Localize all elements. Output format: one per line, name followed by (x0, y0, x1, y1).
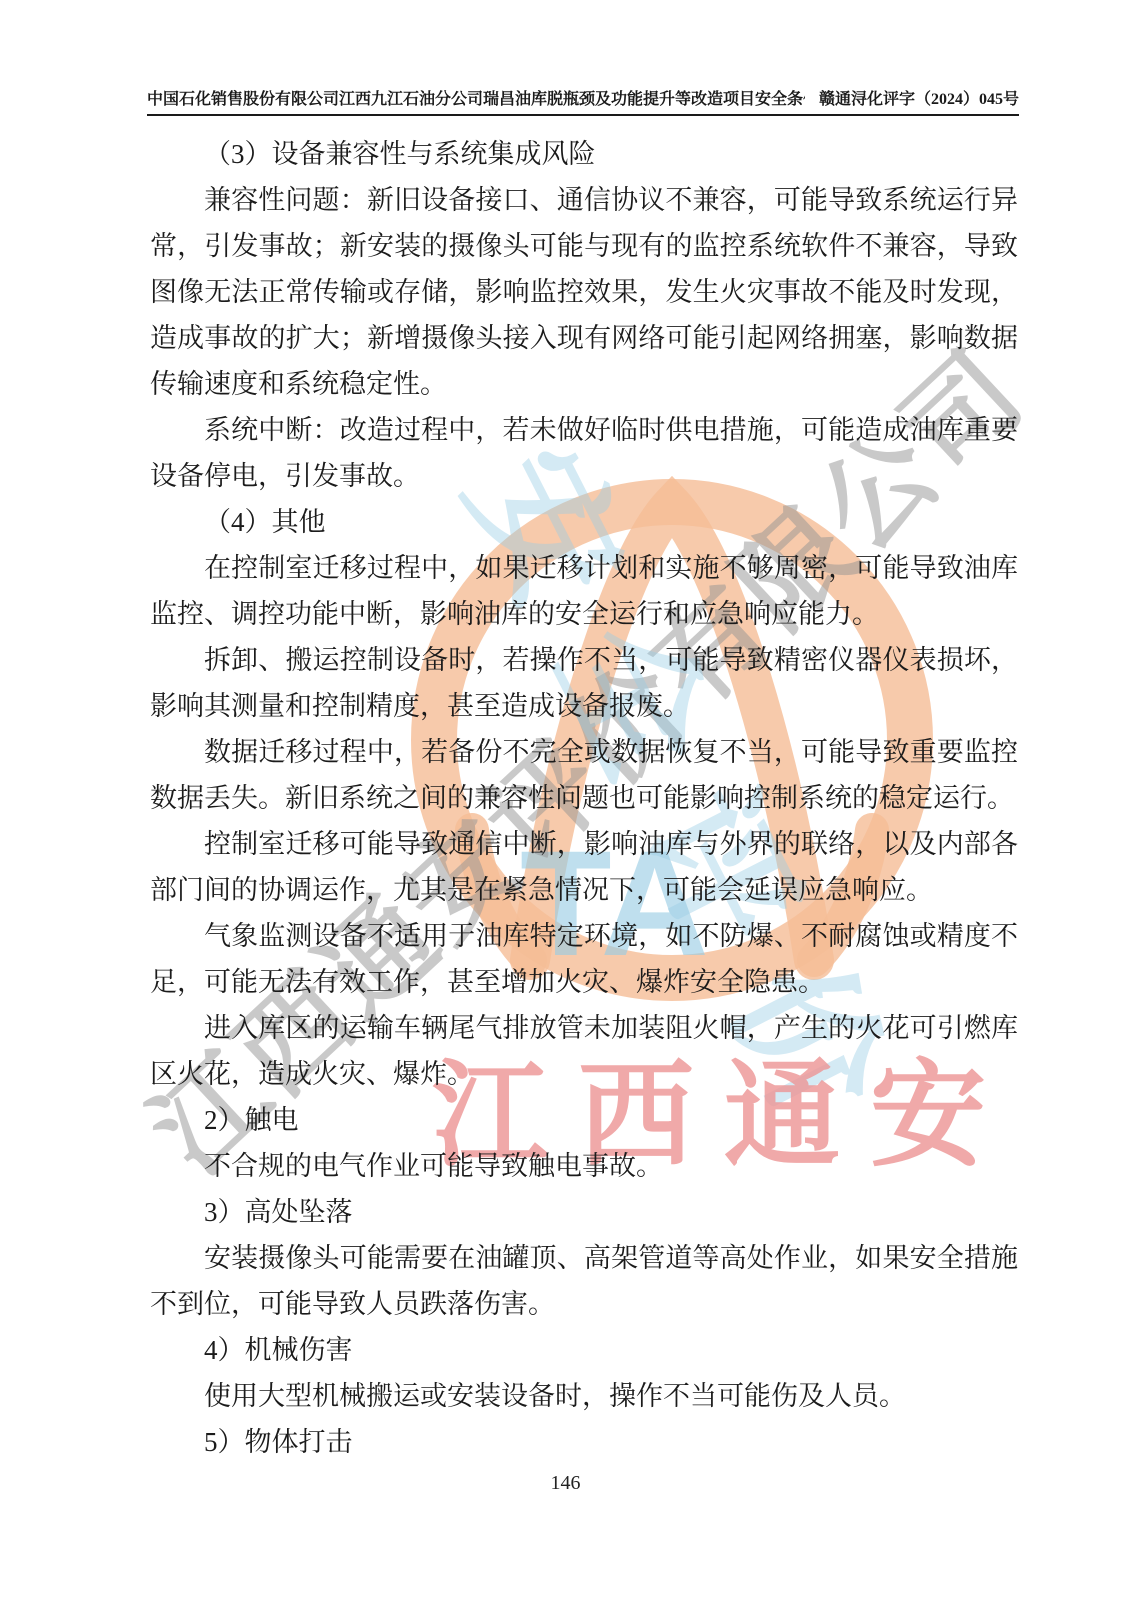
page-header: 中国石化销售股份有限公司江西九江石油分公司瑞昌油库脱瓶颈及功能提升等改造项目安全… (147, 86, 1019, 116)
paragraph: 兼容性问题：新旧设备接口、通信协议不兼容，可能导致系统运行异常，引发事故；新安装… (150, 177, 1018, 407)
section-heading: 4）机械伤害 (150, 1327, 1018, 1373)
section-heading: 3）高处坠落 (150, 1189, 1018, 1235)
section-heading: （3）设备兼容性与系统集成风险 (150, 131, 1018, 177)
document-page: TA 江西通安评价有限公司 安全评价 江西通安 中国石化销售股份有限公司江西九江… (0, 0, 1131, 1600)
paragraph: 不合规的电气作业可能导致触电事故。 (150, 1143, 1018, 1189)
paragraph: 安装摄像头可能需要在油罐顶、高架管道等高处作业，如果安全措施不到位，可能导致人员… (150, 1235, 1018, 1327)
paragraph: 控制室迁移可能导致通信中断，影响油库与外界的联络，以及内部各部门间的协调运作，尤… (150, 821, 1018, 913)
header-report-title: 中国石化销售股份有限公司江西九江石油分公司瑞昌油库脱瓶颈及功能提升等改造项目安全… (147, 86, 805, 109)
paragraph: 数据迁移过程中，若备份不完全或数据恢复不当，可能导致重要监控数据丢失。新旧系统之… (150, 729, 1018, 821)
header-doc-number: 赣通浔化评字（2024）045号 (819, 86, 1019, 109)
document-body: （3）设备兼容性与系统集成风险兼容性问题：新旧设备接口、通信协议不兼容，可能导致… (150, 131, 1018, 1465)
paragraph: 拆卸、搬运控制设备时，若操作不当，可能导致精密仪器仪表损坏，影响其测量和控制精度… (150, 637, 1018, 729)
section-heading: 2）触电 (150, 1097, 1018, 1143)
section-heading: 5）物体打击 (150, 1419, 1018, 1465)
section-heading: （4）其他 (150, 499, 1018, 545)
page-number: 146 (0, 1472, 1131, 1495)
paragraph: 进入库区的运输车辆尾气排放管未加装阻火帽，产生的火花可引燃库区火花，造成火灾、爆… (150, 1005, 1018, 1097)
paragraph: 气象监测设备不适用于油库特定环境，如不防爆、不耐腐蚀或精度不足，可能无法有效工作… (150, 913, 1018, 1005)
paragraph: 系统中断：改造过程中，若未做好临时供电措施，可能造成油库重要设备停电，引发事故。 (150, 407, 1018, 499)
paragraph: 使用大型机械搬运或安装设备时，操作不当可能伤及人员。 (150, 1373, 1018, 1419)
paragraph: 在控制室迁移过程中，如果迁移计划和实施不够周密，可能导致油库监控、调控功能中断，… (150, 545, 1018, 637)
